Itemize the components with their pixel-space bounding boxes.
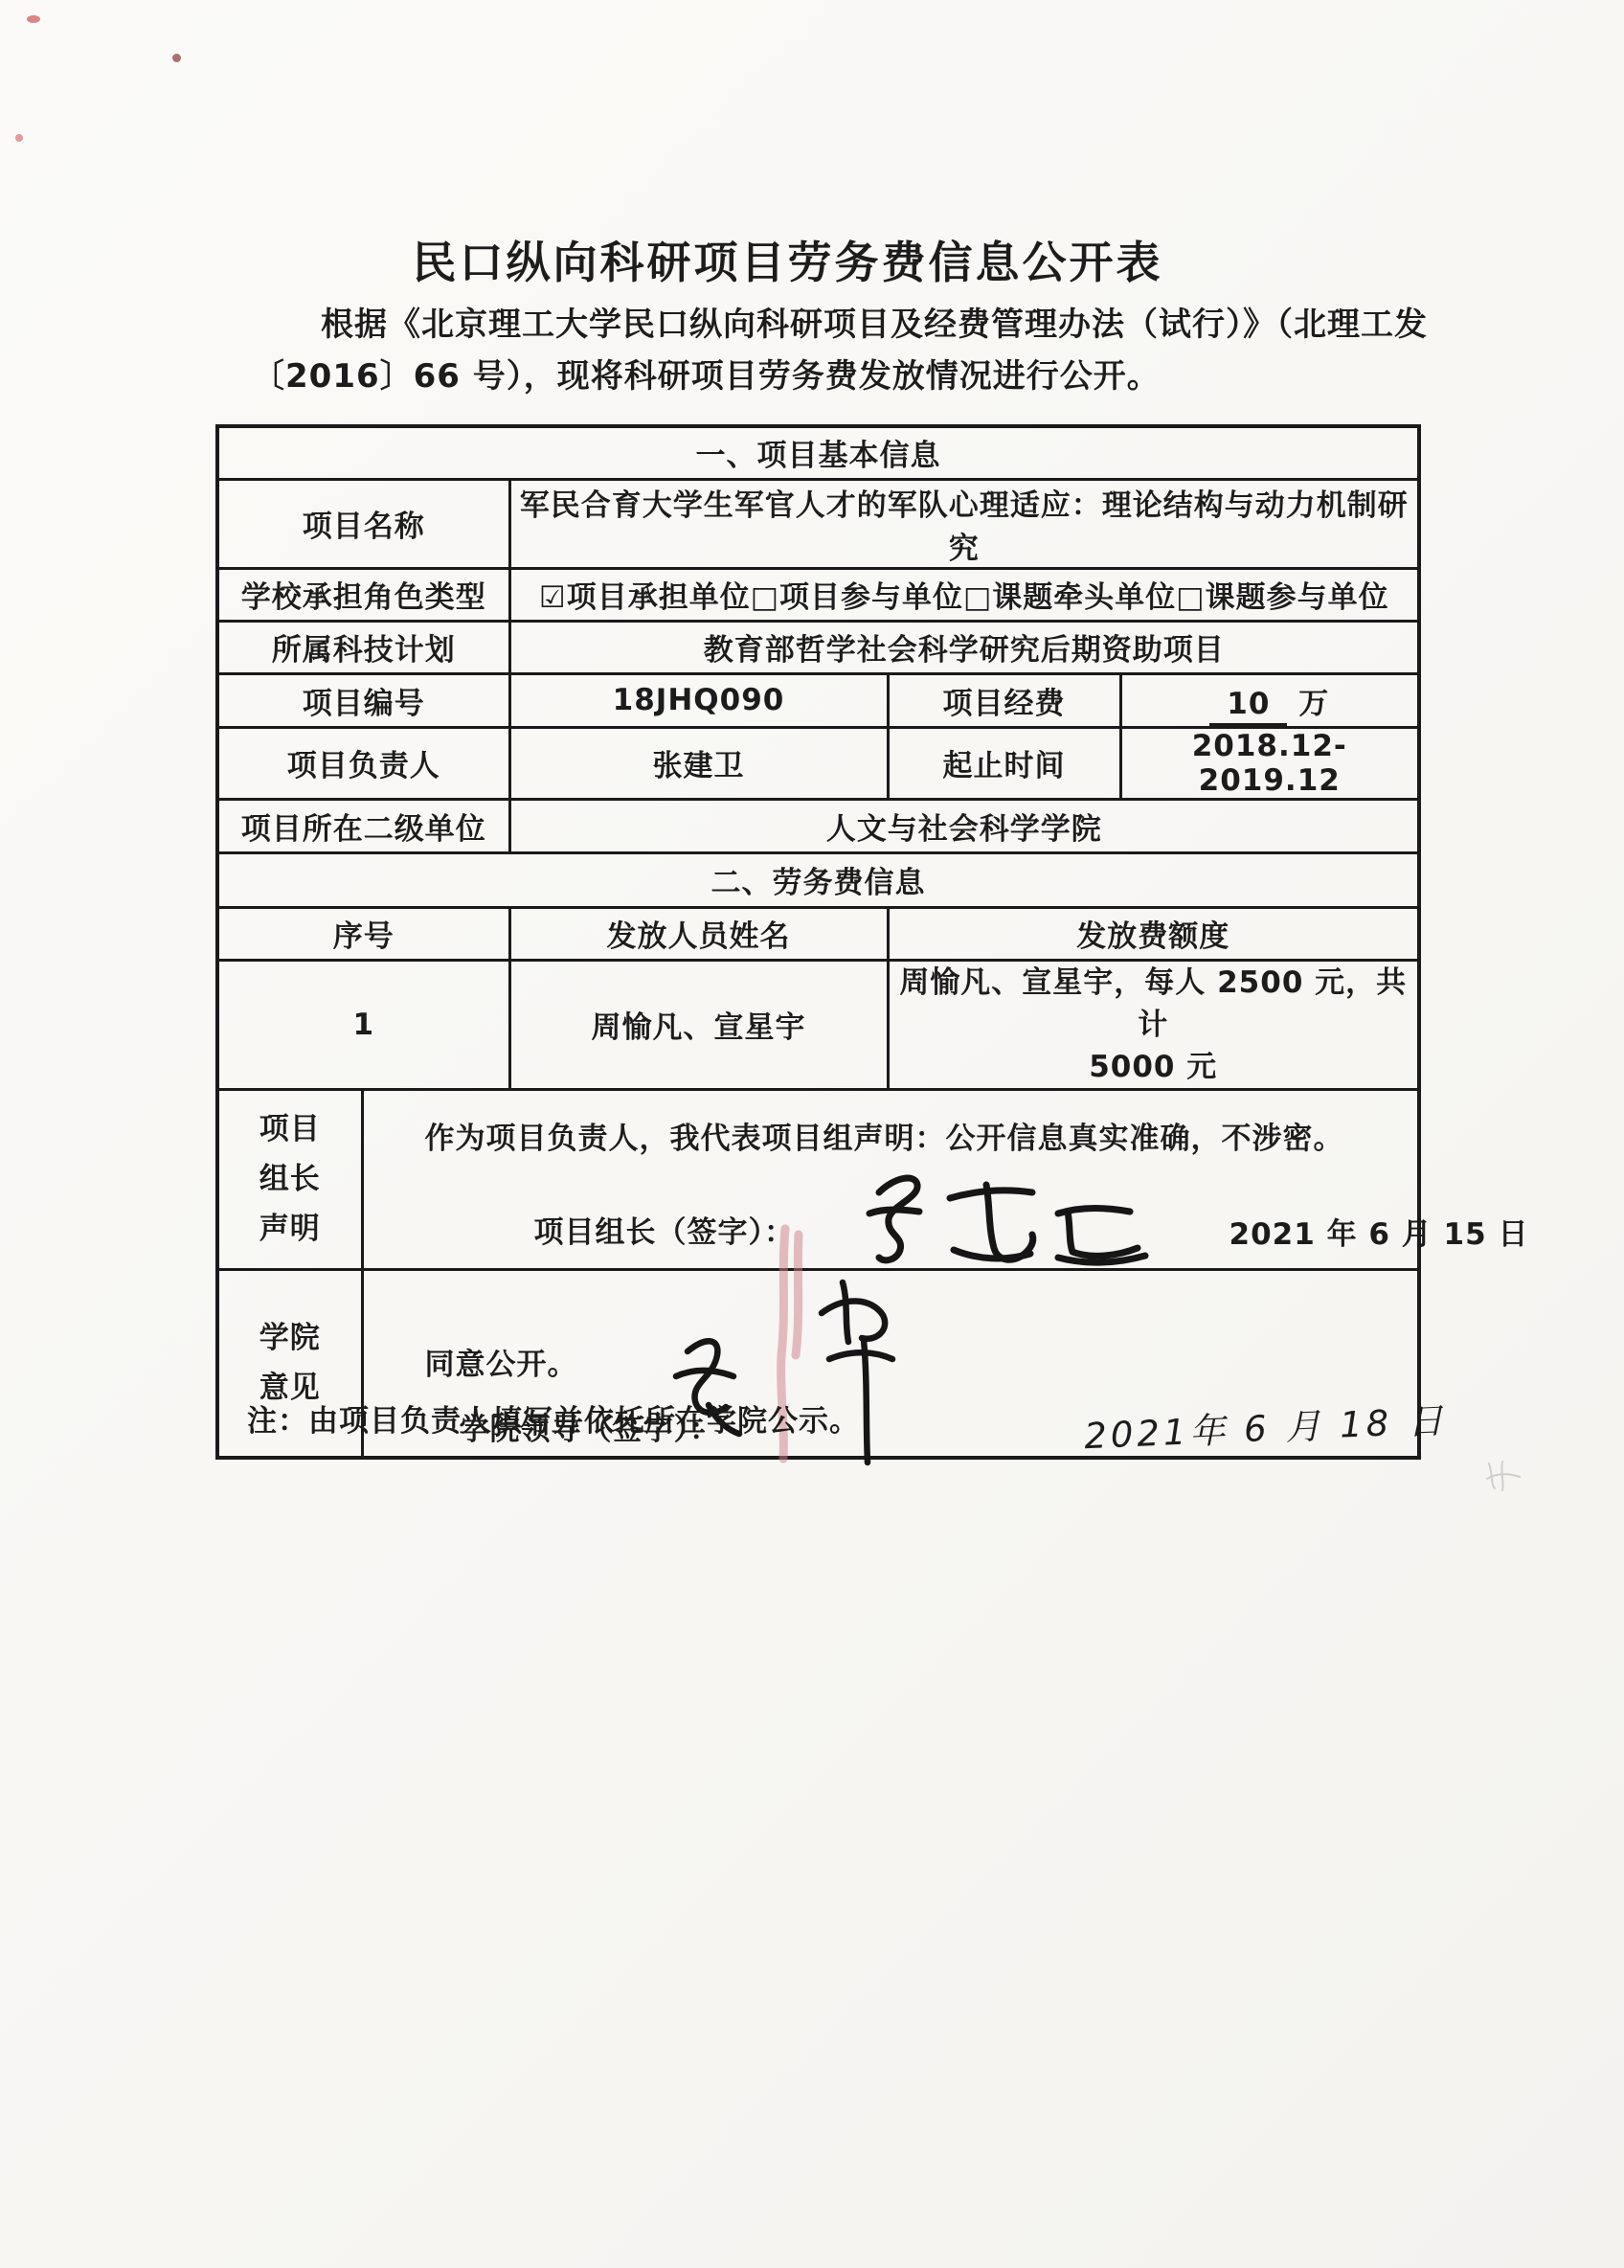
unit-value: 人文与社会科学学院	[509, 799, 1419, 852]
project-no-value: 18JHQ090	[509, 673, 888, 727]
scan-artifact	[15, 134, 23, 142]
labor-fee-no: 1	[217, 960, 509, 1089]
funding-unit: 万	[1298, 687, 1329, 721]
pi-label: 项目负责人	[217, 727, 509, 799]
unit-label: 项目所在二级单位	[217, 799, 509, 852]
role-type-checkboxes: ☑项目承担单位□项目参与单位□课题牵头单位□课题参与单位	[509, 568, 1419, 621]
duration-label: 起止时间	[888, 727, 1120, 799]
declaration-stub-line: 声明	[219, 1204, 361, 1254]
intro-line-1: 根据《北京理工大学民口纵向科研项目及经费管理办法（试行）》（北理工发	[252, 299, 1449, 351]
program-value: 教育部哲学社会科学研究后期资助项目	[509, 621, 1419, 673]
intro-paragraph: 根据《北京理工大学民口纵向科研项目及经费管理办法（试行）》（北理工发 〔2016…	[252, 299, 1449, 402]
row-program: 所属科技计划 教育部哲学社会科学研究后期资助项目	[217, 621, 1419, 673]
funding-value: 10 万	[1120, 673, 1419, 727]
section1-header-row: 一、项目基本信息	[217, 426, 1419, 479]
row-project-no-funding: 项目编号 18JHQ090 项目经费 10 万	[217, 673, 1419, 727]
role-type-label: 学校承担角色类型	[217, 568, 509, 621]
amount-line-2: 5000 元	[890, 1046, 1418, 1088]
declaration-statement: 作为项目负责人，我代表项目组声明：公开信息真实准确，不涉密。	[425, 1114, 1344, 1157]
page-title: 民口纵向科研项目劳务费信息公开表	[187, 228, 1388, 291]
labor-fee-amount: 周愉凡、宣星宇，每人 2500 元，共计 5000 元	[888, 960, 1419, 1089]
section1-header: 一、项目基本信息	[217, 426, 1419, 479]
project-name-label: 项目名称	[217, 479, 509, 568]
funding-amount: 10	[1209, 687, 1287, 726]
project-name-value: 军民合育大学生军官人才的军队心理适应：理论结构与动力机制研究	[509, 479, 1419, 568]
college-stub-line: 学院	[219, 1313, 361, 1363]
col-header-names: 发放人员姓名	[509, 907, 888, 960]
row-pi-duration: 项目负责人 张建卫 起止时间 2018.12-2019.12	[217, 727, 1419, 799]
pencil-mark	[1479, 1456, 1527, 1494]
college-opinion: 同意公开。	[425, 1340, 578, 1383]
scan-artifact	[172, 54, 181, 62]
pi-value: 张建卫	[509, 727, 888, 799]
declaration-stub-line: 项目	[219, 1104, 361, 1154]
duration-value: 2018.12-2019.12	[1120, 727, 1419, 799]
footnote: 注：由项目负责人填写并依托所在学院公示。	[247, 1396, 860, 1440]
row-unit: 项目所在二级单位 人文与社会科学学院	[217, 799, 1419, 852]
row-role-type: 学校承担角色类型 ☑项目承担单位□项目参与单位□课题牵头单位□课题参与单位	[217, 568, 1419, 621]
funding-label: 项目经费	[888, 673, 1120, 727]
labor-fee-row: 1 周愉凡、宣星宇 周愉凡、宣星宇，每人 2500 元，共计 5000 元	[217, 960, 1419, 1089]
declaration-stub-line: 组长	[219, 1154, 361, 1204]
section2-header: 二、劳务费信息	[217, 852, 1419, 907]
college-date: 2021年 6 月 18 日	[1083, 1391, 1448, 1458]
program-label: 所属科技计划	[217, 621, 509, 673]
labor-fee-names: 周愉凡、宣星宇	[509, 960, 888, 1089]
row-project-name: 项目名称 军民合育大学生军官人才的军队心理适应：理论结构与动力机制研究	[217, 479, 1419, 568]
declaration-stub: 项目 组长 声明	[217, 1089, 362, 1269]
scan-artifact	[27, 15, 40, 23]
intro-line-2: 〔2016〕66 号），现将科研项目劳务费发放情况进行公开。	[252, 351, 1449, 402]
amount-line-1: 周愉凡、宣星宇，每人 2500 元，共计	[890, 962, 1418, 1046]
scanned-form-page: 民口纵向科研项目劳务费信息公开表 根据《北京理工大学民口纵向科研项目及经费管理办…	[0, 0, 1624, 2268]
disclosure-form-table: 一、项目基本信息 项目名称 军民合育大学生军官人才的军队心理适应：理论结构与动力…	[215, 424, 1421, 1460]
declaration-date: 2021 年 6 月 15 日	[1229, 1210, 1529, 1253]
section2-header-row: 二、劳务费信息	[217, 852, 1419, 907]
col-header-no: 序号	[217, 907, 509, 960]
project-no-label: 项目编号	[217, 673, 509, 727]
section2-column-header-row: 序号 发放人员姓名 发放费额度	[217, 907, 1419, 960]
col-header-amount: 发放费额度	[888, 907, 1419, 960]
